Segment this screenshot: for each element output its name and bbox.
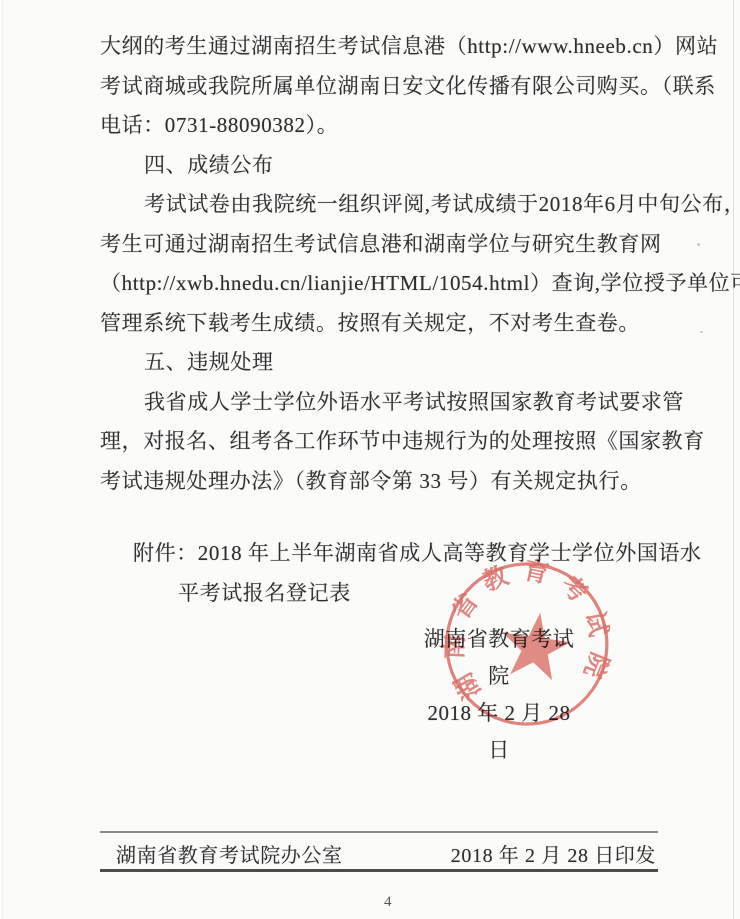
footer-divider-bottom (100, 869, 658, 872)
footer: 湖南省教育考试院办公室 2018 年 2 月 28 日印发 (100, 839, 658, 868)
paragraph-line: 我省成人学士学位外语水平考试按照国家教育考试要求管 (100, 383, 658, 423)
footer-issuer: 湖南省教育考试院办公室 (100, 839, 343, 868)
scan-speck (697, 243, 700, 246)
paragraph-line: 大纲的考生通过湖南招生考试信息港（http://www.hneeb.cn）网站 (100, 27, 658, 67)
seal-arc-text: 湖南省教育考试院 (433, 549, 618, 705)
section5-heading: 五、违规处理 (100, 343, 658, 383)
paragraph-line: 电话：0731-88090382）。 (100, 106, 658, 146)
scanned-document-page: 大纲的考生通过湖南招生考试信息港（http://www.hneeb.cn）网站 … (0, 0, 740, 919)
seal-star-icon (497, 608, 574, 682)
page-number: 4 (384, 894, 392, 911)
paragraph-line: 理，对报名、组考各工作环节中违规行为的处理按照《国家教育 (100, 422, 658, 462)
paragraph-line: 考试试卷由我院统一组织评阅,考试成绩于2018年6月中旬公布， (100, 185, 658, 225)
scan-speck (700, 331, 703, 333)
scan-edge-artifact-right (733, 0, 734, 919)
official-seal-stamp: 湖南省教育考试院 (430, 549, 624, 743)
paragraph-line: 考试违规处理办法》（教育部令第 33 号）有关规定执行。 (100, 462, 658, 502)
footer-divider-top (100, 831, 658, 833)
paragraph-line: （http://xwb.hnedu.cn/lianjie/HTML/1054.h… (100, 264, 658, 304)
paragraph-line: 考生可通过湖南招生考试信息港和湖南学位与研究生教育网 (100, 225, 658, 265)
paragraph-line: 管理系统下载考生成绩。按照有关规定，不对考生查卷。 (100, 304, 658, 344)
document-body: 大纲的考生通过湖南招生考试信息港（http://www.hneeb.cn）网站 … (100, 27, 658, 613)
scan-edge-artifact-left (2, 0, 3, 919)
section4-heading: 四、成绩公布 (100, 146, 658, 186)
footer-print-date: 2018 年 2 月 28 日印发 (451, 839, 658, 868)
paragraph-line: 考试商城或我院所属单位湖南日安文化传播有限公司购买。（联系 (100, 67, 658, 107)
